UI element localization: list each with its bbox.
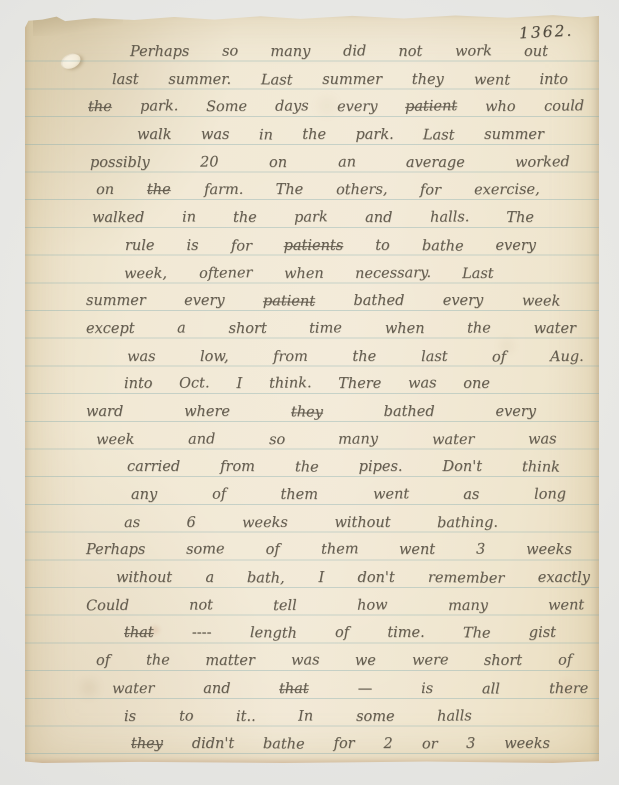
- handwritten-word: it..: [236, 699, 256, 727]
- handwritten-word: went: [548, 587, 585, 615]
- handwritten-word: 2: [383, 726, 392, 754]
- handwritten-word: worked: [515, 144, 570, 172]
- handwritten-word: for: [334, 726, 355, 754]
- handwritten-word: on: [96, 172, 114, 200]
- struck-word: the: [88, 89, 112, 117]
- handwritten-word: low,: [200, 339, 229, 367]
- handwritten-word: some: [356, 699, 395, 727]
- paper-stains: [25, 14, 29, 18]
- handwritten-word: work: [455, 33, 492, 61]
- handwritten-word: park: [294, 199, 328, 227]
- handwritten-word: them: [280, 477, 318, 505]
- handwritten-word: every: [443, 283, 483, 311]
- manuscript-line: walkwasinthepark.Lastsummer: [25, 117, 599, 145]
- handwritten-word: park.: [355, 117, 393, 145]
- handwritten-word: Last: [423, 117, 455, 145]
- handwritten-word: I: [236, 366, 242, 394]
- handwritten-word: Last: [462, 255, 494, 283]
- handwritten-word: as: [124, 505, 140, 533]
- handwritten-word: the: [467, 310, 491, 338]
- handwritten-word: went: [372, 476, 409, 504]
- struck-word: they: [131, 726, 163, 754]
- handwritten-word: tell: [273, 588, 297, 616]
- handwritten-word: don't: [358, 560, 395, 588]
- handwritten-word: summer: [86, 283, 146, 311]
- handwritten-word: didn't: [192, 726, 234, 754]
- handwritten-word: the: [146, 642, 170, 670]
- handwritten-word: for: [420, 173, 441, 201]
- handwritten-word: was: [290, 642, 319, 670]
- manuscript-line: exceptashorttimewhenthewater: [25, 311, 599, 339]
- handwritten-word: every: [495, 394, 535, 422]
- handwritten-word: There: [338, 366, 381, 394]
- struck-word: that: [279, 671, 309, 699]
- handwritten-word: matter: [205, 643, 255, 671]
- handwritten-word: every: [337, 89, 378, 117]
- handwritten-word: so: [222, 33, 239, 61]
- struck-word: patient: [263, 283, 315, 311]
- manuscript-line: week,oftenerwhennecessary.Last: [25, 256, 599, 284]
- struck-word: patient: [405, 89, 458, 117]
- handwritten-word: 3: [476, 532, 486, 560]
- handwritten-word: think: [522, 449, 560, 477]
- handwritten-word: week: [96, 421, 135, 449]
- handwritten-word: in: [181, 200, 195, 228]
- handwritten-word: did: [343, 33, 367, 61]
- handwritten-word: when: [283, 255, 323, 283]
- handwritten-word: Perhaps: [130, 34, 189, 62]
- handwritten-word: walk: [137, 117, 171, 145]
- handwritten-word: bathe: [422, 228, 464, 256]
- handwritten-word: and: [365, 200, 392, 228]
- handwritten-word: weeks: [504, 726, 550, 754]
- handwritten-word: Perhaps: [86, 532, 145, 560]
- manuscript-line: anyofthemwentaslong: [25, 477, 599, 505]
- handwritten-word: for: [230, 228, 251, 256]
- handwritten-word: and: [188, 421, 216, 449]
- struck-word: the: [147, 172, 171, 200]
- handwritten-word: remember: [428, 560, 505, 589]
- struck-word: patients: [284, 228, 344, 256]
- handwritten-word: 20: [200, 144, 219, 172]
- handwritten-word: time.: [387, 615, 424, 643]
- handwritten-word: into: [124, 366, 153, 394]
- manuscript-line: ofthematterwaswewereshortof: [25, 643, 599, 671]
- manuscript-line: that----lengthoftime.Thegist: [25, 615, 599, 643]
- handwritten-word: all: [482, 671, 500, 699]
- handwritten-word: rule: [125, 228, 155, 256]
- handwritten-word: not: [189, 587, 213, 615]
- handwritten-word: days: [275, 89, 309, 117]
- handwritten-word: a: [205, 560, 214, 588]
- handwritten-word: ----: [192, 615, 212, 643]
- struck-word: that: [124, 615, 154, 643]
- handwritten-word: was: [527, 421, 556, 449]
- handwritten-word: an: [337, 144, 355, 172]
- handwritten-word: Aug.: [550, 338, 584, 366]
- handwritten-word: last: [112, 62, 139, 90]
- handwritten-word: every: [495, 228, 535, 256]
- handwritten-word: farm.: [203, 172, 243, 200]
- handwritten-word: Some: [206, 89, 247, 117]
- handwritten-word: many: [338, 421, 378, 449]
- handwritten-word: was: [127, 338, 156, 366]
- handwritten-word: bath,: [247, 560, 285, 588]
- manuscript-line: waslow,fromthelastofAug.: [25, 339, 599, 367]
- manuscript-line: as6weekswithoutbathing.: [25, 505, 599, 533]
- handwritten-word: oftener: [198, 255, 252, 283]
- handwritten-word: ward: [86, 394, 123, 422]
- manuscript-line: theydidn'tbathefor2or3weeks: [25, 726, 599, 754]
- handwritten-word: any: [131, 477, 157, 505]
- handwritten-word: there: [549, 671, 589, 699]
- handwritten-word: so: [268, 422, 284, 450]
- manuscript-line: withoutabath,Idon'trememberexactly: [25, 560, 599, 588]
- handwritten-word: the: [352, 339, 376, 367]
- handwritten-word: pipes.: [359, 449, 403, 477]
- handwritten-word: the: [233, 200, 257, 228]
- handwritten-word: water: [432, 421, 475, 449]
- handwritten-word: short: [484, 643, 522, 671]
- handwritten-word: a: [177, 310, 186, 338]
- struck-word: they: [291, 394, 323, 422]
- handwritten-word: every: [184, 283, 224, 311]
- handwritten-word: bathed: [353, 283, 404, 311]
- handwritten-word: time: [309, 310, 342, 338]
- handwritten-word: The: [463, 616, 491, 644]
- manuscript-line: carriedfromthepipes.Don'tthink: [25, 449, 599, 477]
- manuscript-text: Perhapssomanydidnotworkoutlastsummer.Las…: [25, 34, 599, 754]
- manuscript-line: Perhapssomanydidnotworkout: [25, 34, 599, 62]
- handwritten-word: The: [506, 200, 534, 228]
- handwritten-word: Don't: [443, 449, 483, 477]
- handwritten-word: Last: [261, 62, 293, 90]
- manuscript-line: summereverypatientbathedeveryweek: [25, 283, 599, 311]
- handwritten-word: walked: [92, 200, 144, 228]
- handwritten-word: one: [463, 366, 490, 394]
- manuscript-line: possibly20onanaverageworked: [25, 145, 599, 173]
- handwritten-word: out: [524, 34, 548, 62]
- manuscript-line: walkedintheparkandhalls.The: [25, 200, 599, 228]
- handwritten-word: where: [184, 394, 230, 422]
- manuscript-line: ruleisforpatientstobatheevery: [25, 228, 599, 256]
- handwritten-word: in: [259, 117, 273, 145]
- handwritten-word: who: [485, 89, 516, 117]
- manuscript-line: weekandsomanywaterwas: [25, 422, 599, 450]
- handwritten-word: week,: [124, 255, 167, 283]
- handwritten-word: many: [448, 588, 488, 616]
- handwritten-word: of: [558, 643, 572, 671]
- handwritten-word: without: [334, 505, 390, 533]
- handwritten-word: weeks: [242, 504, 288, 532]
- handwritten-word: Oct.: [179, 366, 210, 394]
- handwritten-word: 6: [187, 505, 196, 533]
- corner-fold: [33, 14, 123, 36]
- handwritten-word: from: [220, 449, 255, 477]
- handwritten-word: were: [411, 642, 448, 670]
- handwritten-word: necessary.: [355, 254, 431, 283]
- handwritten-word: 3: [466, 726, 475, 754]
- handwritten-word: from: [273, 338, 308, 366]
- handwritten-word: halls: [437, 698, 472, 726]
- handwritten-word: on: [269, 145, 287, 173]
- handwritten-word: could: [544, 89, 584, 117]
- handwritten-word: bathing.: [437, 504, 498, 532]
- handwritten-word: of: [266, 532, 280, 560]
- manuscript-line: istoit..Insomehalls: [25, 699, 599, 727]
- handwritten-word: when: [385, 311, 425, 339]
- handwritten-word: of: [96, 643, 110, 671]
- handwritten-word: park.: [140, 89, 179, 117]
- handwritten-word: Could: [86, 588, 129, 616]
- handwritten-word: think.: [269, 365, 312, 393]
- handwritten-word: carried: [127, 449, 180, 477]
- handwritten-word: was: [201, 117, 230, 145]
- handwritten-word: they: [412, 62, 444, 90]
- manuscript-line: wardwheretheybathedevery: [25, 394, 599, 422]
- manuscript-line: Couldnottellhowmanywent: [25, 588, 599, 616]
- manuscript-line: intoOct.Ithink.Therewasone: [25, 366, 599, 394]
- handwritten-word: possibly: [90, 145, 150, 173]
- handwritten-word: as: [463, 477, 479, 505]
- handwritten-word: without: [116, 560, 172, 588]
- handwritten-word: average: [406, 145, 465, 173]
- handwritten-word: was: [408, 366, 437, 394]
- handwritten-word: of: [335, 615, 349, 643]
- handwritten-word: I: [318, 560, 324, 588]
- handwritten-word: and: [203, 671, 230, 699]
- handwritten-word: long: [534, 476, 566, 504]
- handwritten-word: or: [421, 726, 437, 754]
- handwritten-word: of: [212, 476, 226, 504]
- handwritten-word: is: [421, 671, 433, 699]
- handwritten-word: to: [179, 698, 194, 726]
- handwritten-word: many: [270, 34, 310, 62]
- handwritten-word: of: [492, 339, 506, 367]
- manuscript-line: onthefarm.Theothers,forexercise,: [25, 172, 599, 200]
- handwritten-word: the: [295, 450, 319, 478]
- handwritten-word: weeks: [526, 532, 572, 560]
- handwritten-word: is: [187, 228, 199, 256]
- handwritten-word: bathed: [384, 394, 435, 422]
- scan-background: 1362. Perhapssomanydidnotworkoutlastsumm…: [0, 0, 619, 785]
- handwritten-word: we: [355, 643, 376, 671]
- handwritten-word: short: [229, 311, 267, 339]
- manuscript-line: Perhapssomeofthemwent3weeks: [25, 532, 599, 560]
- handwritten-word: last: [421, 338, 448, 366]
- manuscript-paper: 1362. Perhapssomanydidnotworkoutlastsumm…: [25, 14, 599, 763]
- handwritten-word: others,: [336, 172, 388, 200]
- handwritten-word: some: [186, 532, 225, 560]
- handwritten-word: length: [250, 616, 297, 644]
- handwritten-word: exactly: [538, 560, 590, 588]
- manuscript-line: thepark.Somedayseverypatientwhocould: [25, 89, 599, 117]
- handwritten-word: not: [398, 34, 422, 62]
- handwritten-word: —: [358, 671, 373, 699]
- handwritten-word: summer: [322, 62, 382, 90]
- handwritten-word: summer: [484, 117, 544, 145]
- handwritten-word: bathe: [263, 726, 305, 754]
- manuscript-line: lastsummer.Lastsummertheywentinto: [25, 62, 599, 90]
- handwritten-word: water: [534, 311, 576, 339]
- handwritten-word: into: [539, 62, 568, 90]
- handwritten-word: to: [375, 228, 390, 256]
- handwritten-word: went: [399, 532, 435, 560]
- handwritten-word: is: [124, 699, 136, 727]
- handwritten-word: except: [86, 311, 135, 339]
- handwritten-word: week: [521, 283, 560, 311]
- handwritten-word: them: [320, 532, 358, 560]
- handwritten-word: summer.: [168, 62, 231, 90]
- handwritten-word: gist: [529, 615, 556, 643]
- manuscript-line: waterandthat—isallthere: [25, 671, 599, 699]
- handwritten-word: halls.: [430, 199, 470, 227]
- handwritten-word: how: [357, 587, 388, 615]
- handwritten-word: The: [276, 172, 304, 200]
- handwritten-word: the: [302, 117, 326, 145]
- handwritten-word: went: [473, 62, 510, 90]
- handwritten-word: exercise,: [474, 172, 540, 200]
- handwritten-word: water: [112, 671, 155, 699]
- handwritten-word: In: [298, 698, 313, 726]
